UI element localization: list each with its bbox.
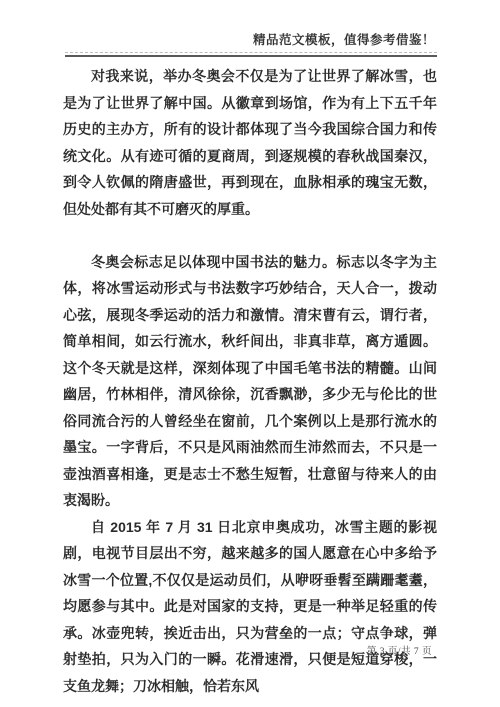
paragraph: 冬奥会标志足以体现中国书法的魅力。标志以冬字为主体，将冰雪运动形式与书法数字巧妙… xyxy=(63,249,437,514)
paragraph: 对我来说，举办冬奥会不仅是为了让世界了解冰雪，也是为了让世界了解中国。从徽章到场… xyxy=(63,63,437,222)
page-header: 精品范文模板，值得参考借鉴！ xyxy=(65,0,437,57)
page-number: 第 3 页/共 7 页 xyxy=(367,643,432,657)
paragraph-spacer xyxy=(63,222,437,249)
paragraph: 自 2015 年 7 月 31 日北京申奥成功，冰雪主题的影视剧，电视节目层出不… xyxy=(63,514,437,700)
document-page: 精品范文模板，值得参考借鉴！ 对我来说，举办冬奥会不仅是为了让世界了解冰雪，也是… xyxy=(0,0,500,707)
document-body: 对我来说，举办冬奥会不仅是为了让世界了解冰雪，也是为了让世界了解中国。从徽章到场… xyxy=(63,57,437,699)
header-note: 精品范文模板，值得参考借鉴！ xyxy=(65,32,437,52)
